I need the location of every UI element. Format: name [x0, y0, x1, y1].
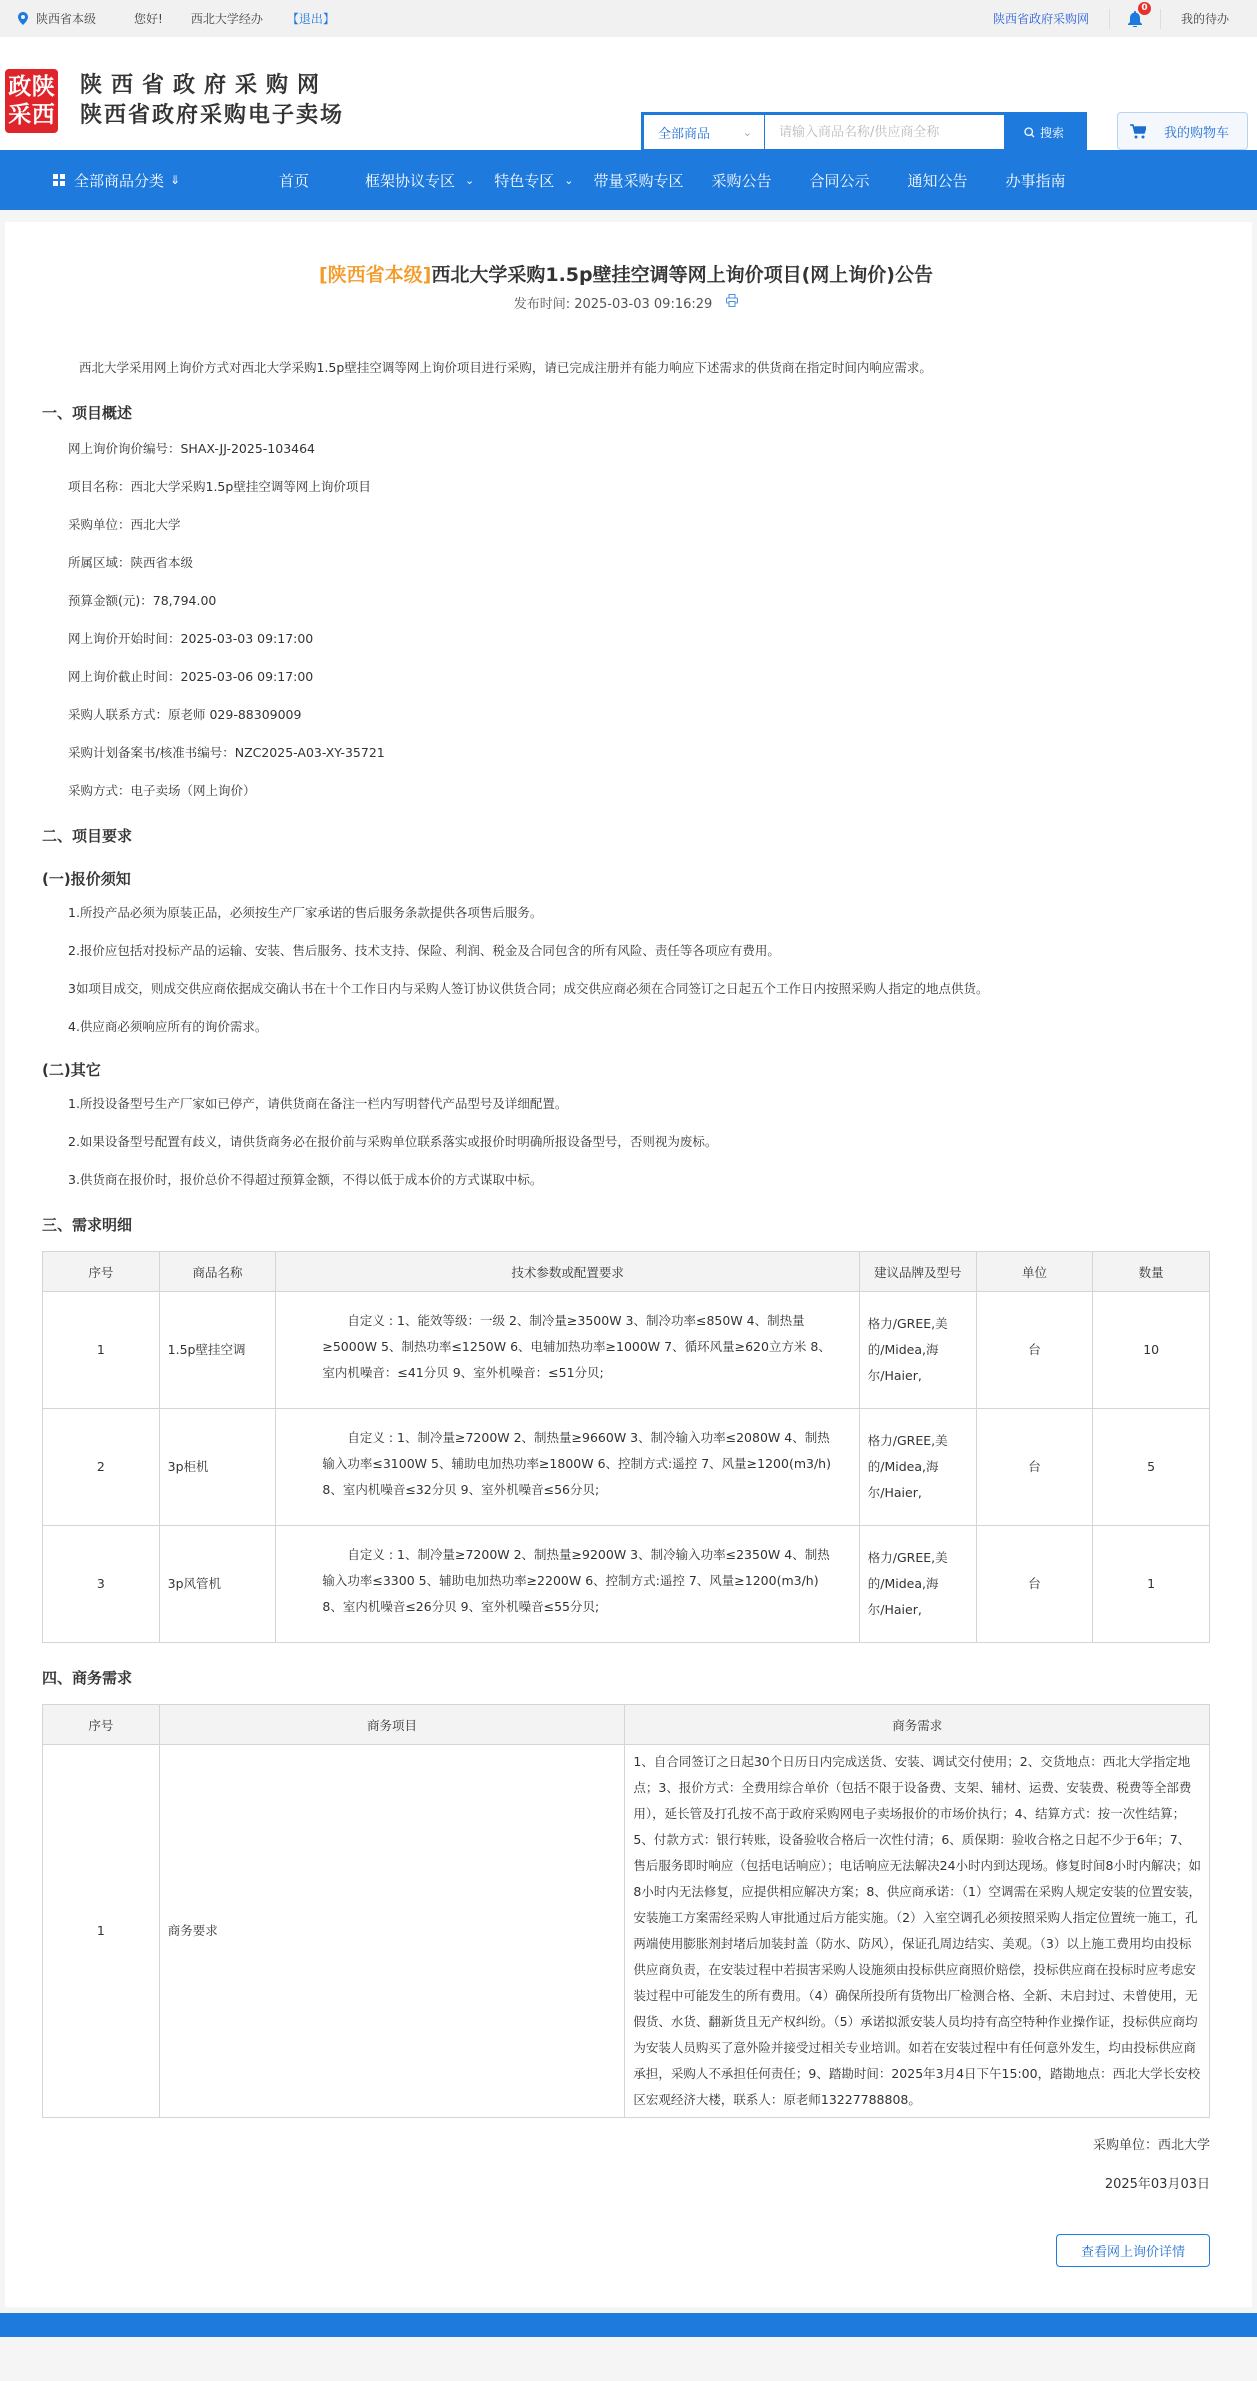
location-selector[interactable]: 陕西省本级	[18, 10, 96, 27]
nav-item-contracts[interactable]: 合同公示	[810, 170, 870, 191]
nav-label: 框架协议专区	[365, 170, 455, 191]
logout-link[interactable]: 【退出】	[287, 10, 335, 27]
print-icon[interactable]	[726, 294, 738, 311]
overview-line: 采购单位：西北大学	[42, 515, 1210, 535]
portal-link[interactable]: 陕西省政府采购网	[973, 10, 1109, 27]
search-category-value: 全部商品	[658, 123, 710, 142]
nav-label: 首页	[279, 170, 309, 191]
section-heading: 二、项目要求	[42, 825, 1210, 846]
footer-bar	[0, 2313, 1257, 2337]
requirement-line: 3如项目成交，则成交供应商依据成交确认书在十个工作日内与采购人签订协议供货合同；…	[42, 979, 1210, 999]
cell-spec: 自定义 : 1、制冷量≥7200W 2、制热量≥9660W 3、制冷输入功率≤2…	[276, 1409, 859, 1526]
all-categories-menu[interactable]: 全部商品分类 ⇓	[53, 170, 279, 191]
table-header-row: 序号 商务项目 商务需求	[43, 1705, 1210, 1745]
cell-spec: 自定义 : 1、能效等级：一级 2、制冷量≥3500W 3、制冷功率≤850W …	[276, 1292, 859, 1409]
search-button-label: 搜索	[1040, 124, 1064, 141]
cell-brand: 格力/GREE,美的/Midea,海尔/Haier,	[859, 1409, 976, 1526]
signature-unit: 采购单位：西北大学	[42, 2134, 1210, 2153]
demand-detail-table: 序号 商品名称 技术参数或配置要求 建议品牌及型号 单位 数量 1 1.5p壁挂…	[42, 1251, 1210, 1643]
overview-line: 网上询价询价编号：SHAX-JJ-2025-103464	[42, 439, 1210, 459]
cell-brand: 格力/GREE,美的/Midea,海尔/Haier,	[859, 1526, 976, 1643]
table-header-row: 序号 商品名称 技术参数或配置要求 建议品牌及型号 单位 数量	[43, 1252, 1210, 1292]
column-header: 商务需求	[625, 1705, 1210, 1745]
cell-qty: 1	[1093, 1526, 1210, 1643]
grid-icon	[53, 174, 65, 186]
publish-value: 2025-03-03 09:16:29	[574, 297, 712, 312]
chevron-down-icon: ⌄	[743, 126, 752, 139]
requirement-line: 3.供货商在报价时，报价总价不得超过预算金额，不得以低于成本价的方式谋取中标。	[42, 1170, 1210, 1190]
title-region-tag: [陕西省本级]	[319, 264, 431, 286]
overview-line: 预算金额(元)：78,794.00	[42, 591, 1210, 611]
search-button[interactable]: 搜索	[1004, 115, 1084, 149]
section-heading: 四、商务需求	[42, 1667, 1210, 1688]
business-requirements-table: 序号 商务项目 商务需求 1 商务要求 1、自合同签订之日起30个日历日内完成送…	[42, 1704, 1210, 2118]
overview-line: 采购人联系方式：原老师 029-88309009	[42, 705, 1210, 725]
chevron-down-icon: ⌄	[465, 174, 474, 187]
nav-item-announcements[interactable]: 通知公告	[908, 170, 968, 191]
cell-business-requirement: 1、自合同签订之日起30个日历日内完成送货、安装、调试交付使用；2、交货地点：西…	[625, 1745, 1210, 2118]
requirement-line: 1.所投设备型号生产厂家如已停产，请供货商在备注一栏内写明替代产品型号及详细配置…	[42, 1094, 1210, 1114]
requirement-line: 4.供应商必须响应所有的询价需求。	[42, 1017, 1210, 1037]
nav-item-framework[interactable]: 框架协议专区⌄	[365, 170, 474, 191]
requirement-line: 2.报价应包括对投标产品的运输、安装、售后服务、技术支持、保险、利润、税金及合同…	[42, 941, 1210, 961]
subsection-heading: (一)报价须知	[42, 868, 1210, 889]
greeting-text: 您好!	[134, 10, 163, 27]
search-bar: 全部商品 ⌄ 搜索	[641, 112, 1087, 152]
table-row: 2 3p柜机 自定义 : 1、制冷量≥7200W 2、制热量≥9660W 3、制…	[43, 1409, 1210, 1526]
publish-time: 发布时间: 2025-03-03 09:16:29	[42, 293, 1210, 312]
nav-item-volume-purchase[interactable]: 带量采购专区	[593, 170, 683, 191]
notifications-button[interactable]: 0	[1110, 0, 1160, 37]
cell-unit: 台	[976, 1409, 1093, 1526]
cell-spec: 自定义 : 1、制冷量≥7200W 2、制热量≥9200W 3、制冷输入功率≤2…	[276, 1526, 859, 1643]
publish-label: 发布时间:	[514, 297, 570, 312]
nav-item-featured[interactable]: 特色专区⌄	[494, 170, 573, 191]
column-header: 序号	[43, 1252, 160, 1292]
nav-label: 带量采购专区	[593, 170, 683, 191]
column-header: 序号	[43, 1705, 160, 1745]
cell-product-name: 3p风管机	[159, 1526, 276, 1643]
location-pin-icon	[18, 12, 28, 25]
announcement-article: [陕西省本级]西北大学采购1.5p壁挂空调等网上询价项目(网上询价)公告 发布时…	[5, 222, 1252, 2307]
cell-no: 3	[43, 1526, 160, 1643]
all-categories-label: 全部商品分类	[74, 170, 164, 191]
cell-no: 1	[43, 1745, 160, 2118]
requirement-line: 2.如果设备型号配置有歧义，请供货商务必在报价前与采购单位联系落实或报价时明确所…	[42, 1132, 1210, 1152]
cell-product-name: 3p柜机	[159, 1409, 276, 1526]
column-header: 商务项目	[159, 1705, 625, 1745]
cell-qty: 5	[1093, 1409, 1210, 1526]
table-row: 1 商务要求 1、自合同签订之日起30个日历日内完成送货、安装、调试交付使用；2…	[43, 1745, 1210, 2118]
subsection-heading: (二)其它	[42, 1059, 1210, 1080]
overview-line: 项目名称：西北大学采购1.5p壁挂空调等网上询价项目	[42, 477, 1210, 497]
my-todo-link[interactable]: 我的待办	[1161, 10, 1229, 27]
logo-seal: 政 陕 采 西	[5, 69, 58, 133]
nav-label: 特色专区	[494, 170, 554, 191]
chevron-down-icon: ⌄	[564, 174, 573, 187]
seal-char: 陕	[32, 73, 56, 101]
cell-business-item: 商务要求	[159, 1745, 625, 2118]
cart-button[interactable]: 我的购物车	[1117, 112, 1248, 150]
section-heading: 一、项目概述	[42, 402, 1210, 423]
overview-line: 所属区域：陕西省本级	[42, 553, 1210, 573]
overview-line: 网上询价截止时间：2025-03-06 09:17:00	[42, 667, 1210, 687]
cell-qty: 10	[1093, 1292, 1210, 1409]
top-bar: 陕西省本级 您好! 西北大学经办 【退出】 陕西省政府采购网 0 我的待办	[0, 0, 1257, 37]
cell-unit: 台	[976, 1526, 1093, 1643]
cell-brand: 格力/GREE,美的/Midea,海尔/Haier,	[859, 1292, 976, 1409]
cell-no: 1	[43, 1292, 160, 1409]
cell-no: 2	[43, 1409, 160, 1526]
column-header: 单位	[976, 1252, 1093, 1292]
user-name: 西北大学经办	[191, 10, 263, 27]
column-header: 数量	[1093, 1252, 1210, 1292]
table-row: 3 3p风管机 自定义 : 1、制冷量≥7200W 2、制热量≥9200W 3、…	[43, 1526, 1210, 1643]
logo-title: 陕西省政府采购网	[80, 71, 344, 101]
main-nav: 全部商品分类 ⇓ 首页 框架协议专区⌄ 特色专区⌄ 带量采购专区 采购公告 合同…	[0, 150, 1257, 210]
cart-label: 我的购物车	[1164, 122, 1229, 141]
nav-item-guide[interactable]: 办事指南	[1006, 170, 1066, 191]
search-icon	[1024, 127, 1035, 138]
nav-label: 合同公示	[810, 170, 870, 191]
location-label: 陕西省本级	[36, 10, 96, 27]
cart-icon	[1130, 124, 1146, 139]
site-logo[interactable]: 政 陕 采 西 陕西省政府采购网 陕西省政府采购电子卖场	[5, 69, 344, 133]
nav-item-procurement-notices[interactable]: 采购公告	[712, 170, 772, 191]
site-header: 政 陕 采 西 陕西省政府采购网 陕西省政府采购电子卖场 全部商品 ⌄ 搜索 我…	[0, 37, 1257, 150]
notification-badge: 0	[1138, 2, 1151, 15]
intro-paragraph: 西北大学采用网上询价方式对西北大学采购1.5p壁挂空调等网上询价项目进行采购，请…	[42, 358, 1210, 378]
overview-line: 采购计划备案书/核准书编号：NZC2025-A03-XY-35721	[42, 743, 1210, 763]
table-row: 1 1.5p壁挂空调 自定义 : 1、能效等级：一级 2、制冷量≥3500W 3…	[43, 1292, 1210, 1409]
page-title: [陕西省本级]西北大学采购1.5p壁挂空调等网上询价项目(网上询价)公告	[42, 260, 1210, 287]
cell-unit: 台	[976, 1292, 1093, 1409]
logo-subtitle: 陕西省政府采购电子卖场	[80, 101, 344, 131]
column-header: 建议品牌及型号	[859, 1252, 976, 1292]
search-input[interactable]	[765, 115, 1004, 149]
nav-label: 采购公告	[712, 170, 772, 191]
seal-char: 采	[8, 101, 32, 129]
seal-char: 西	[32, 101, 56, 129]
requirement-line: 1.所投产品必须为原装正品，必须按生产厂家承诺的售后服务条款提供各项售后服务。	[42, 903, 1210, 923]
double-chevron-down-icon: ⇓	[170, 173, 180, 187]
signature-date: 2025年03月03日	[42, 2173, 1210, 2192]
title-text: 西北大学采购1.5p壁挂空调等网上询价项目(网上询价)公告	[431, 264, 933, 286]
seal-char: 政	[8, 73, 32, 101]
view-inquiry-detail-button[interactable]: 查看网上询价详情	[1056, 2234, 1210, 2267]
project-overview: 网上询价询价编号：SHAX-JJ-2025-103464 项目名称：西北大学采购…	[42, 439, 1210, 801]
nav-label: 办事指南	[1006, 170, 1066, 191]
signature-block: 采购单位：西北大学 2025年03月03日	[42, 2134, 1210, 2192]
section-heading: 三、需求明细	[42, 1214, 1210, 1235]
column-header: 商品名称	[159, 1252, 276, 1292]
column-header: 技术参数或配置要求	[276, 1252, 859, 1292]
cell-product-name: 1.5p壁挂空调	[159, 1292, 276, 1409]
search-category-select[interactable]: 全部商品 ⌄	[644, 115, 764, 149]
nav-item-home[interactable]: 首页	[279, 170, 309, 191]
overview-line: 采购方式：电子卖场（网上询价）	[42, 781, 1210, 801]
nav-label: 通知公告	[908, 170, 968, 191]
overview-line: 网上询价开始时间：2025-03-03 09:17:00	[42, 629, 1210, 649]
